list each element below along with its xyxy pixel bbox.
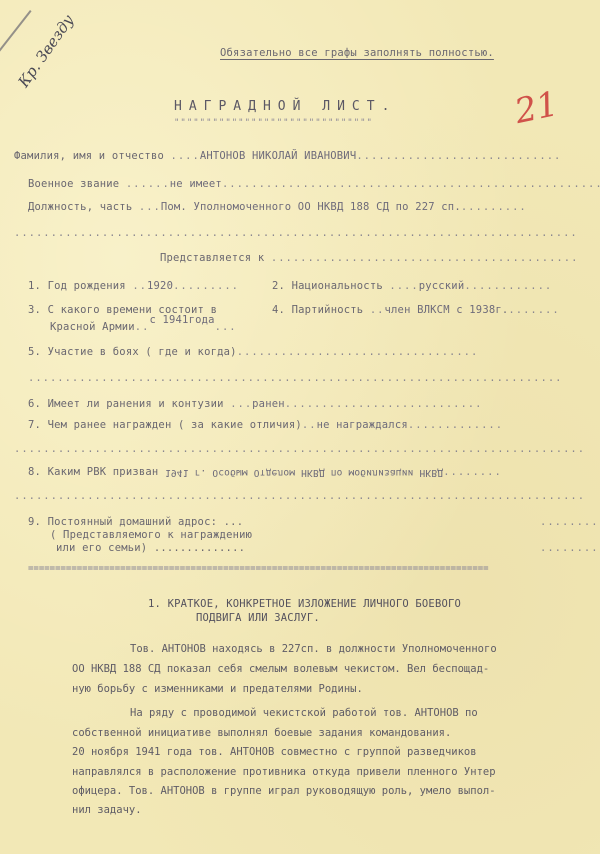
dotted-line: ........................................… [28,372,562,384]
paragraph2-line2: собственной инициативе выполнял боевые з… [72,723,451,743]
paragraph2-line4: направлялся в расположение противника от… [72,762,496,782]
section-heading-line2: ПОДВИГА ИЛИ ЗАСЛУГ. [196,612,320,624]
field-nationality-value: русский [419,280,465,292]
paragraph1-line3: ную борьбу с изменниками и предателями Р… [72,679,363,699]
address-dots-1: ........ [540,516,599,528]
field-name: Фамилия, имя и отчество ....АНТОНОВ НИКО… [14,150,561,162]
field-army-since-label-line2: Красной Армии [50,321,135,333]
field-battles-label: 5. Участие в боях ( где и когда) [28,346,237,358]
red-page-number: 21 [511,84,562,132]
dotted-line: ........................................… [14,443,585,455]
dotted-line: ........................................… [14,227,578,239]
section-heading-line1: 1. КРАТКОЕ, КОНКРЕТНОЕ ИЗЛОЖЕНИЕ ЛИЧНОГО… [148,598,461,610]
field-army-since-value: с 1941года [149,314,214,326]
paragraph2-line6: нил задачу. [72,800,142,820]
paragraph2-line1: На ряду с проводимой чекистской работой … [130,703,478,723]
field-battles: 5. Участие в боях ( где и когда)........… [28,346,478,358]
field-birth-year-value: 1920 [147,280,173,292]
field-wounds: 6. Имеет ли ранения и контузии ...ранен.… [28,398,482,410]
field-party-label: 4. Партийность [272,304,363,316]
section-separator: ========================================… [28,564,489,574]
field-awards-value: не награждался [317,419,408,431]
field-draft: 8. Каким РВК призван 1941 г. Особым Отде… [28,466,502,478]
field-address-label-line3: или его семьи) .............. [56,542,245,554]
instruction-text: Обязательно все графы заполнять полность… [220,47,494,59]
field-birth-year: 1. Год рождения ..1920......... [28,280,239,292]
field-address-label-line1: 9. Постоянный домашний адрос: ... [28,516,243,528]
paragraph1-line2: ОО НКВД 188 СД показал себя смелым волев… [72,659,489,679]
field-birth-year-label: 1. Год рождения [28,280,126,292]
field-draft-value: 1941 г. Особым Отделом НКВД по мобилизац… [165,467,443,478]
field-awards: 7. Чем ранее награжден ( за какие отличи… [28,419,503,431]
address-dots-2: ........ [540,542,599,554]
field-rank: Военное звание ......не имеет...........… [28,178,600,190]
field-position-value: Пом. Уполномоченного ОО НКВД 188 СД по 2… [161,201,461,213]
field-nationality: 2. Национальность ....русский...........… [272,280,552,292]
field-position-label: Должность, часть [28,201,132,213]
margin-pencil-stroke [0,10,32,106]
field-party-value: член ВЛКСМ с 1938г. [385,304,509,316]
dotted-line: ........................................… [14,490,585,502]
margin-handwritten-note: Кр. Звезду [15,11,78,90]
field-address-label-line2: ( Представляемого к награждению [50,529,252,541]
title-underline-rule: """"""""""""""""""""""""""""""" [174,118,373,128]
paragraph2-line5: офицера. Тов. АНТОНОВ в группе играл рук… [72,781,496,801]
field-name-value: АНТОНОВ НИКОЛАЙ ИВАНОВИЧ [200,150,357,162]
document-page: Кр. Звезду 21 Обязательно все графы запо… [0,0,600,854]
field-name-label: Фамилия, имя и отчество [14,150,164,162]
field-nominated: Представляется к .......................… [160,252,578,264]
field-position: Должность, часть ...Пом. Уполномоченного… [28,201,527,213]
field-party: 4. Партийность ..член ВЛКСМ с 1938г.....… [272,304,560,316]
paragraph1-line1: Тов. АНТОНОВ находясь в 227сп. в должнос… [130,639,497,659]
field-army-since: Красной Армии..с 1941года... [50,321,237,333]
field-rank-label: Военное звание [28,178,119,190]
field-draft-label: 8. Каким РВК призван [28,466,158,478]
field-wounds-value: ранен [252,398,285,410]
field-nationality-label: 2. Национальность [272,280,383,292]
field-rank-value: не имеет [170,178,222,190]
paragraph2-line3: 20 ноября 1941 года тов. АНТОНОВ совмест… [72,742,477,762]
field-wounds-label: 6. Имеет ли ранения и контузии [28,398,224,410]
field-nominated-label: Представляется к [160,252,264,264]
field-awards-label: 7. Чем ранее награжден ( за какие отличи… [28,419,302,431]
document-title: НАГРАДНОЙ ЛИСТ. [174,99,396,114]
